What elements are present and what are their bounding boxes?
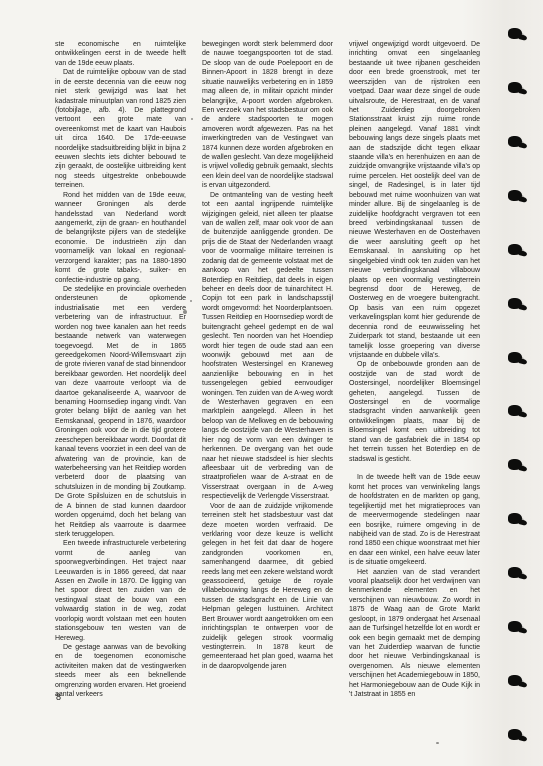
scan-speck: [436, 742, 439, 744]
text-column: vrijwel ongewijzigd wordt uitgevoerd. De…: [349, 40, 480, 700]
binding-hole-icon: [508, 82, 522, 93]
paragraph: Een tweede infrastructurele verbetering …: [55, 539, 186, 643]
paragraph: Het aanzien van de stad verandert vooral…: [349, 568, 480, 700]
binding-rail: [497, 28, 533, 740]
paragraph: vrijwel ongewijzigd wordt uitgevoerd. De…: [349, 40, 480, 360]
scan-speck: [388, 419, 391, 422]
binding-hole-icon: [508, 513, 522, 524]
text-area: ste economische en ruimtelijke ontwikkel…: [55, 40, 481, 700]
binding-hole-icon: [508, 28, 522, 39]
scanned-page: ste economische en ruimtelijke ontwikkel…: [0, 0, 543, 766]
binding-hole-icon: [508, 405, 522, 416]
binding-hole-icon: [508, 298, 522, 309]
scan-speck: [191, 118, 193, 120]
binding-hole-icon: [508, 136, 522, 147]
binding-hole-icon: [508, 190, 522, 201]
paragraph: ste economische en ruimtelijke ontwikkel…: [55, 40, 186, 68]
paragraph: Voor de aan de zuidzijde vrijkomende ter…: [202, 502, 333, 672]
paragraph: Dat de ruimtelijke opbouw van de stad in…: [55, 68, 186, 190]
binding-hole-icon: [508, 459, 522, 470]
binding-hole-icon: [508, 729, 522, 740]
scan-speck: [183, 310, 187, 314]
binding-hole-icon: [508, 567, 522, 578]
paragraph: De gestage aanwas van de bevolking en de…: [55, 643, 186, 700]
paragraph: De ontmanteling van de vesting heeft tot…: [202, 191, 333, 502]
paragraph: Rond het midden van de 19de eeuw, wannee…: [55, 191, 186, 285]
binding-hole-icon: [508, 621, 522, 632]
paragraph: De stedelijke en provinciale overheden o…: [55, 285, 186, 539]
paragraph: Op de onbebouwde gronden aan de oostzijd…: [349, 360, 480, 464]
binding-hole-icon: [508, 352, 522, 363]
text-column: ste economische en ruimtelijke ontwikkel…: [55, 40, 186, 700]
binding-hole-icon: [508, 675, 522, 686]
page-number: 8: [56, 692, 61, 702]
paragraph: bewegingen wordt sterk belemmerd door de…: [202, 40, 333, 191]
binding-hole-icon: [508, 244, 522, 255]
scan-speck: [190, 300, 192, 302]
paragraph: In de tweede helft van de 19de eeuw komt…: [349, 473, 480, 567]
text-column: bewegingen wordt sterk belemmerd door de…: [202, 40, 333, 700]
